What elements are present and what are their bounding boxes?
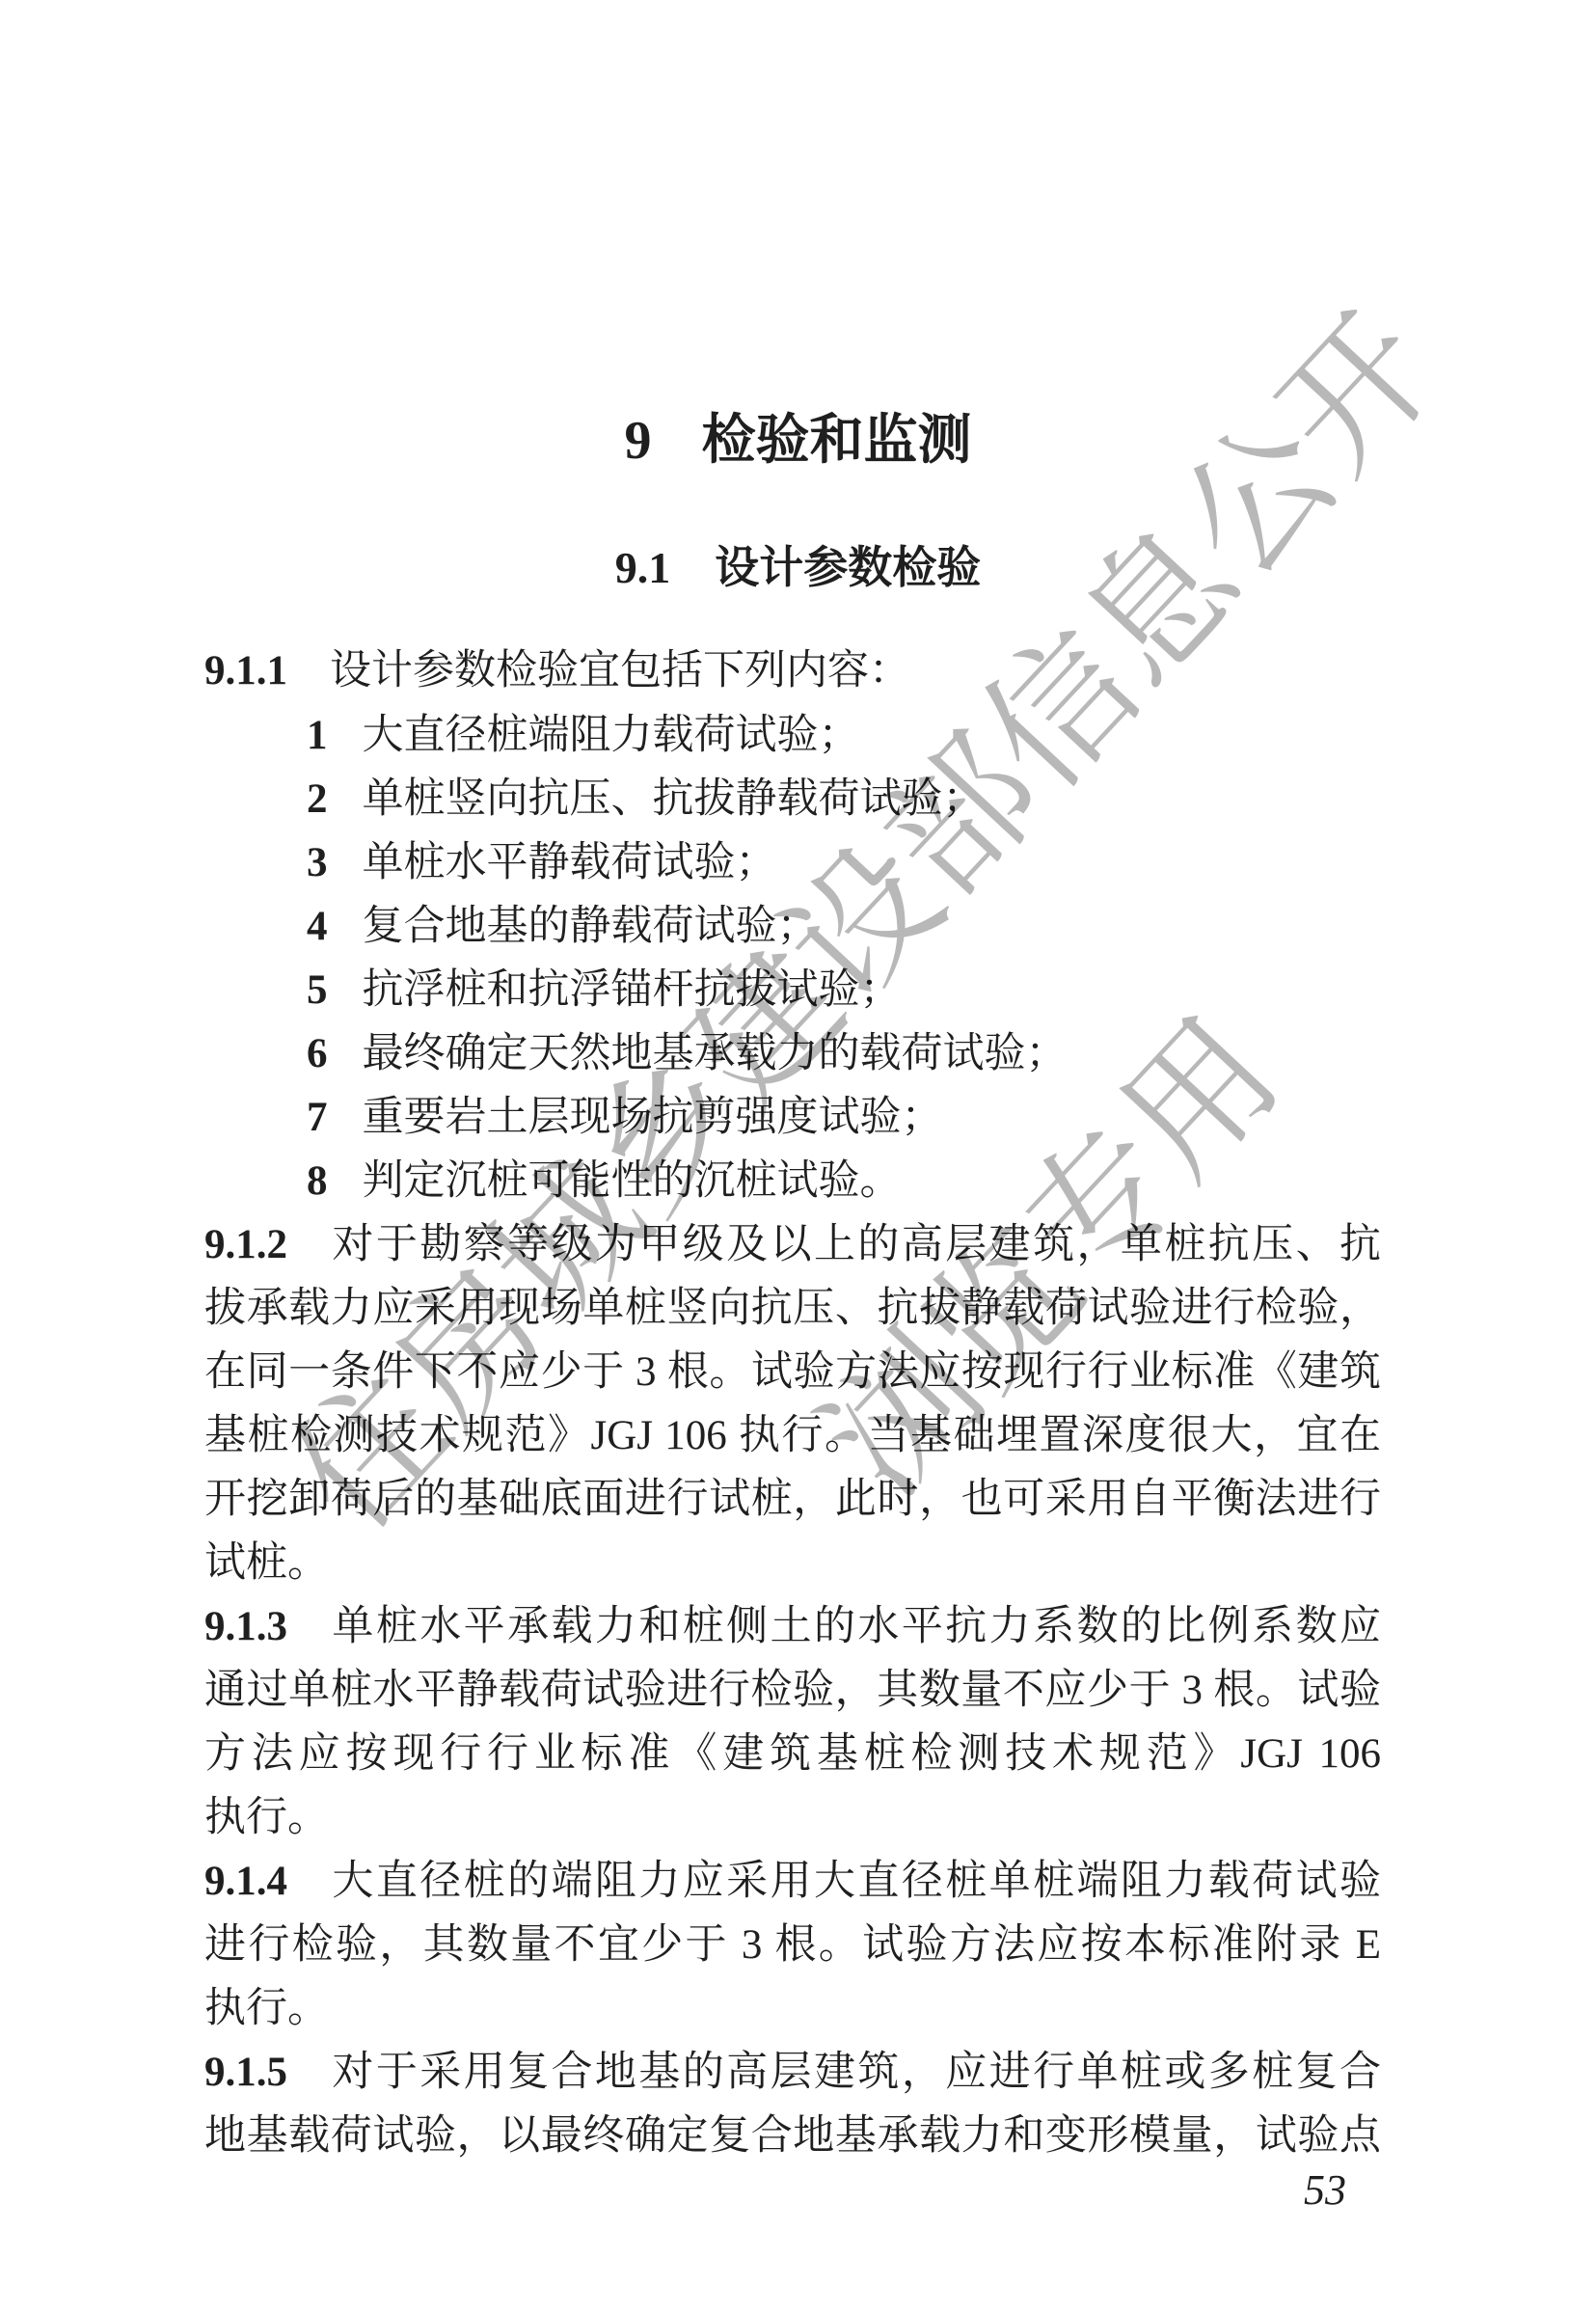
list-item: 2单桩竖向抗压、抗拔静载荷试验；: [204, 768, 1381, 831]
clause-912-line: 基桩检测技术规范》JGJ 106 执行。当基础埋置深度很大，宜在: [204, 1404, 1381, 1468]
clause-913-text: 单桩水平承载力和桩侧土的水平抗力系数的比例系数应: [330, 1604, 1381, 1649]
clause-913-line: 方法应按现行行业标准《建筑基桩检测技术规范》JGJ 106: [204, 1723, 1381, 1786]
clause-914-line: 执行。: [204, 1977, 1381, 2041]
item-text: 抗浮桩和抗浮锚杆抗拔试验；: [363, 967, 902, 1013]
clause-914-line: 进行检验，其数量不宜少于 3 根。试验方法应按本标准附录 E: [204, 1914, 1381, 1977]
clause-912-label: 9.1.2: [204, 1222, 287, 1267]
clause-912-line: 试桩。: [204, 1532, 1381, 1595]
clause-912-line: 拔承载力应采用现场单桩竖向抗压、抗拔静载荷试验进行检验，: [204, 1277, 1381, 1341]
item-number: 6: [307, 1031, 328, 1076]
item-number: 5: [307, 967, 328, 1013]
item-number: 4: [307, 904, 328, 949]
clause-911-line: 9.1.1设计参数检验宜包括下列内容：: [204, 639, 1381, 703]
item-text: 复合地基的静载荷试验；: [363, 904, 819, 949]
clause-912-text: 对于勘察等级为甲级及以上的高层建筑，单桩抗压、抗: [330, 1222, 1381, 1267]
item-number: 8: [307, 1158, 328, 1204]
document-page: 住房城乡建设部信息公开 浏览专用 9检验和监测 9.1设计参数检验 9.1.1设…: [0, 0, 1596, 2311]
list-item: 6最终确定天然地基承载力的载荷试验；: [204, 1022, 1381, 1086]
item-text: 单桩竖向抗压、抗拔静载荷试验；: [363, 776, 985, 822]
list-item: 5抗浮桩和抗浮锚杆抗拔试验；: [204, 959, 1381, 1022]
page-number: 53: [1304, 2165, 1346, 2215]
item-number: 3: [307, 840, 328, 885]
list-item: 3单桩水平静载荷试验；: [204, 831, 1381, 895]
list-item: 4复合地基的静载荷试验；: [204, 895, 1381, 959]
clause-914-text: 大直径桩的端阻力应采用大直径桩单桩端阻力载荷试验: [330, 1859, 1381, 1904]
clause-915-text: 对于采用复合地基的高层建筑，应进行单桩或多桩复合: [330, 2050, 1381, 2095]
list-item: 7重要岩土层现场抗剪强度试验；: [204, 1086, 1381, 1150]
list-item: 1大直径桩端阻力载荷试验；: [204, 704, 1381, 768]
clause-911-text: 设计参数检验宜包括下列内容：: [330, 648, 910, 693]
item-number: 2: [307, 776, 328, 822]
clause-915-line: 9.1.5对于采用复合地基的高层建筑，应进行单桩或多桩复合: [204, 2041, 1381, 2105]
item-number: 7: [307, 1095, 328, 1140]
text-block: 9.1.1设计参数检验宜包括下列内容： 1大直径桩端阻力载荷试验； 2单桩竖向抗…: [204, 0, 1381, 2311]
clause-914-line: 9.1.4大直径桩的端阻力应采用大直径桩单桩端阻力载荷试验: [204, 1850, 1381, 1914]
clause-911-label: 9.1.1: [204, 648, 287, 693]
item-text: 最终确定天然地基承载力的载荷试验；: [363, 1031, 1068, 1076]
clause-914-label: 9.1.4: [204, 1859, 287, 1904]
clause-913-line: 执行。: [204, 1786, 1381, 1850]
clause-913-line: 9.1.3单桩水平承载力和桩侧土的水平抗力系数的比例系数应: [204, 1595, 1381, 1659]
item-text: 重要岩土层现场抗剪强度试验；: [363, 1095, 943, 1140]
clause-913-line: 通过单桩水平静载荷试验进行检验，其数量不应少于 3 根。试验: [204, 1659, 1381, 1723]
item-text: 大直径桩端阻力载荷试验；: [363, 713, 860, 758]
item-text: 单桩水平静载荷试验；: [363, 840, 777, 885]
item-number: 1: [307, 713, 328, 758]
clause-912-line: 在同一条件下不应少于 3 根。试验方法应按现行行业标准《建筑: [204, 1341, 1381, 1404]
clause-912-line: 9.1.2对于勘察等级为甲级及以上的高层建筑，单桩抗压、抗: [204, 1213, 1381, 1277]
clause-915-line: 地基载荷试验，以最终确定复合地基承载力和变形模量，试验点: [204, 2105, 1381, 2168]
item-text: 判定沉桩可能性的沉桩试验。: [363, 1158, 902, 1204]
list-item: 8判定沉桩可能性的沉桩试验。: [204, 1150, 1381, 1213]
clause-912-line: 开挖卸荷后的基础底面进行试桩，此时，也可采用自平衡法进行: [204, 1468, 1381, 1532]
clause-913-label: 9.1.3: [204, 1604, 287, 1649]
clause-915-label: 9.1.5: [204, 2050, 287, 2095]
